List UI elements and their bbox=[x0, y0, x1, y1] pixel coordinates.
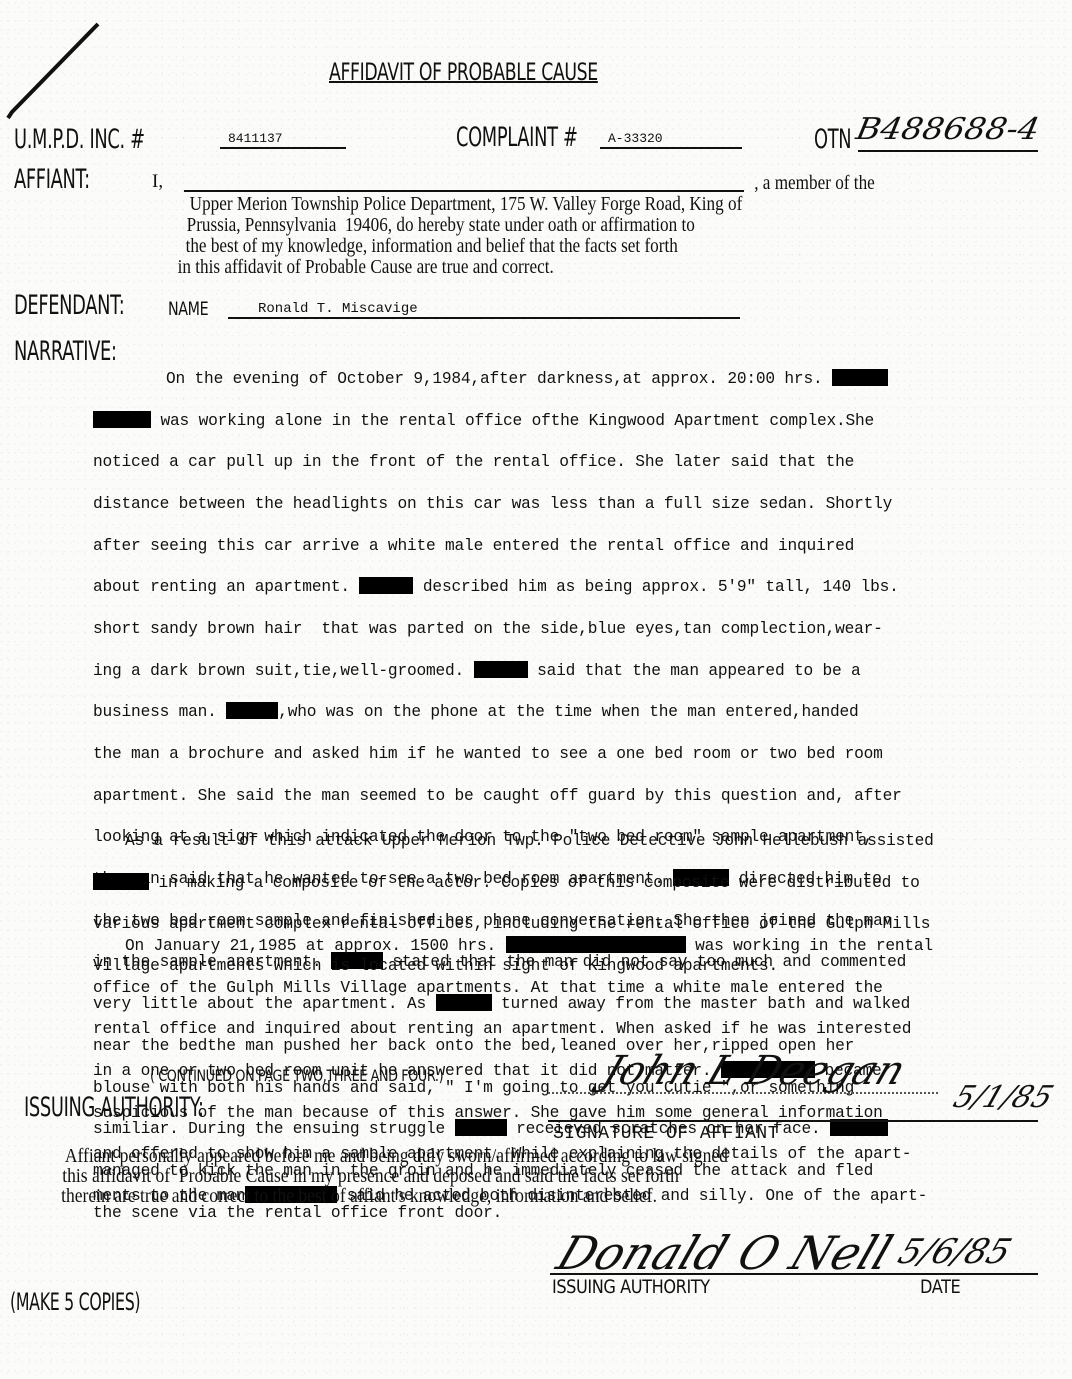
document-title: AFFIDAVIT OF PROBABLE CAUSE bbox=[329, 58, 598, 86]
issuing-statement-line-3: therein are true and correct to the best… bbox=[61, 1186, 657, 1207]
complaint-number-field: A-33320 bbox=[600, 127, 742, 149]
affiant-text-line-5: in this affidavit of Probable Cause are … bbox=[178, 257, 554, 278]
redaction-bar bbox=[474, 661, 528, 678]
issuing-authority-date-label: DATE bbox=[920, 1276, 960, 1298]
issuing-statement-line-2: this affidavit of Probable Cause in my p… bbox=[62, 1166, 679, 1187]
redaction-bar bbox=[832, 369, 888, 386]
issuing-authority-sig-label: ISSUING AUTHORITY bbox=[552, 1276, 710, 1298]
corner-pen-mark bbox=[0, 20, 110, 130]
issuing-authority-signature-line bbox=[550, 1273, 1038, 1275]
issuing-authority-date: 5/6/85 bbox=[893, 1232, 1017, 1272]
make-copies-note: (MAKE 5 COPIES) bbox=[10, 1288, 140, 1316]
defendant-name-label: NAME bbox=[168, 298, 208, 320]
affiant-text-line-4: the best of my knowledge, information an… bbox=[186, 236, 678, 257]
affiant-text-line-3: Prussia, Pennsylvania 19406, do hereby s… bbox=[187, 215, 695, 236]
affiant-prefix: I, bbox=[152, 171, 163, 193]
redaction-bar bbox=[359, 577, 413, 594]
defendant-name-field: Ronald T. Miscavige bbox=[228, 297, 740, 319]
affiant-signature-date: 5/1/85 bbox=[949, 1080, 1058, 1115]
affiant-signature: John L Deegan bbox=[597, 1048, 912, 1094]
signature-of-affiant-label: SIGNATURE OF AFFIANT bbox=[553, 1124, 779, 1144]
redaction-bar bbox=[93, 873, 149, 890]
redaction-bar bbox=[93, 411, 151, 428]
defendant-label: DEFENDANT: bbox=[14, 290, 124, 321]
complaint-label: COMPLAINT # bbox=[456, 122, 578, 153]
issuing-authority-signature: Donald O Nell bbox=[550, 1226, 899, 1280]
affiant-text-line-1: , a member of the bbox=[754, 173, 875, 194]
inc-label: U.M.P.D. INC. # bbox=[14, 124, 145, 155]
affiant-name-field bbox=[184, 172, 744, 192]
redaction-bar bbox=[226, 702, 278, 719]
affiant-label: AFFIANT: bbox=[14, 164, 90, 195]
issuing-statement-line-1: Affiant personally appeared before me an… bbox=[65, 1146, 728, 1167]
otn-underline bbox=[858, 150, 1038, 152]
inc-number-field: 8411137 bbox=[220, 127, 346, 149]
continued-note: ( CONTINUED ON PAGE TWO,THREE AND FOUR.) bbox=[150, 1066, 443, 1085]
otn-label: OTN bbox=[814, 124, 851, 155]
affiant-signature-line bbox=[548, 1120, 1038, 1122]
issuing-authority-label: ISSUING AUTHORITY: bbox=[24, 1092, 204, 1123]
redaction-bar bbox=[506, 936, 686, 953]
affiant-text-line-2: Upper Merion Township Police Department,… bbox=[190, 194, 743, 215]
otn-handwritten-value: B488688-4 bbox=[853, 112, 1042, 147]
